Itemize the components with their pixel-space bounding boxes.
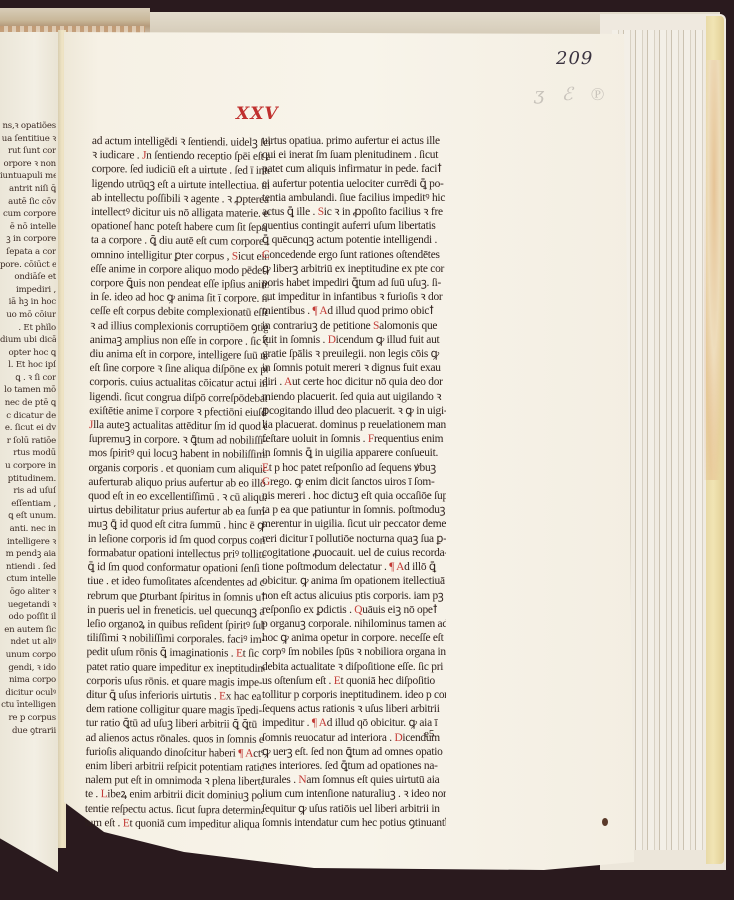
left-text-line: ſepata a cor	[0, 246, 56, 259]
text-line: reſponſio ex ꝑdictis . Quāuis eiꝫ nō ope…	[262, 603, 446, 617]
left-text-line: m pendꝫ aia	[0, 548, 56, 561]
text-line: ta p ea que patiuntur in ſomnis. poſtmod…	[262, 503, 446, 517]
text-line: lium cum intenſione naturaliuꝫ . ꝛ ideo …	[262, 787, 446, 801]
rubricated-initial: G	[262, 476, 270, 488]
rubricated-initial: D	[328, 334, 336, 346]
text-line: corporis. cuius actualitas cōicatur actu…	[89, 375, 267, 391]
text-line: uirtus opatiua. primo aufertur ei actus …	[262, 134, 446, 148]
left-text-line: opter hoc ꝗ	[0, 347, 56, 360]
text-line: tiue . et ideo fumoſitates aſcendentes a…	[87, 574, 265, 590]
left-text-line: ē nō intelle	[0, 221, 56, 234]
left-text-line: uegetandi ꝛ	[0, 599, 56, 612]
left-text-line: dicitur oculꝰ	[0, 687, 56, 700]
text-line: in contrariuꝫ de petitione Salomonis que	[262, 319, 446, 333]
chapter-heading: XXV	[236, 104, 279, 124]
text-line: patet ratio quare impeditur ex ineptitud…	[86, 659, 264, 675]
text-line: cut impeditur in infantibus ꝛ furioſis ꝛ…	[262, 290, 446, 304]
text-line: merentur in uigilia. ſicut uir peccator …	[262, 517, 446, 531]
left-page-text-fragment: ns,ꝛ opatiõesua ſentitiue ꝛrut ſunt coro…	[0, 120, 56, 737]
text-line: gratie ſpālis ꝛ preuilegii. non legis cō…	[262, 347, 446, 361]
text-line: reri dicitur ī pollutiōe nocturna quaꝫ ſ…	[262, 532, 446, 546]
left-text-line: ptitudinem.	[0, 473, 56, 486]
text-line: turales . Nam ſomnus eſt quies uirtutū a…	[262, 773, 446, 787]
text-line: in ſomnis ꝗ̄ in uigilia apparere conſueu…	[262, 446, 446, 460]
text-line: ſomnis intendatur cum hec potius ꝯtinuan…	[262, 816, 446, 830]
text-line: ligendo utrūqꝫ eſt a uirtute intellectiu…	[91, 177, 269, 193]
text-line: feſtare uoluit in ſomnis . Frequentius e…	[262, 432, 446, 446]
text-line: hoc ꝙ anima opetur in corpore. neceſſe e…	[262, 631, 446, 645]
rubricated-initial: ¶ A	[312, 717, 327, 729]
text-line: ꝗ̄ quēcunqꝫ actum potentie intelligendi …	[262, 233, 446, 247]
text-column-left: ad actum intelligēdi ꝛ ſentiendi. uidelꝫ…	[85, 134, 270, 832]
text-line: mientibus . ¶ Ad illud quod primo obicꝉ	[262, 304, 446, 318]
text-line: impeditur . ¶ Ad illud qō obicitur. ꝙ ai…	[262, 716, 446, 730]
text-line: ꝑcogitando illud deo placuerit. ꝛ ꝙ in u…	[262, 404, 446, 418]
text-line: miendo placuerit. ſed quia aut uigilando…	[262, 390, 446, 404]
left-text-line: due ꝯtrarii	[0, 725, 56, 738]
text-line: ceſſe eſt corpus debite complexionatū eſ…	[90, 304, 268, 320]
text-line: patet cum aliquis infirmatur in pede. fa…	[262, 162, 446, 176]
left-text-line: lo tamen mō	[0, 384, 56, 397]
left-text-line: uo mō cōiur	[0, 309, 56, 322]
text-line: tum eſt . Et quoniā cum impeditur aliqua	[85, 816, 263, 832]
left-text-line: l. Et hoc ipſ	[0, 359, 56, 372]
text-line: ſomnis reuocatur ad interiora . Dicendum	[262, 731, 446, 745]
left-text-line: nec de ptē ꝗ	[0, 397, 56, 410]
text-line: nes interiores. ſed ꝗ̄tum ad opationes n…	[262, 759, 446, 773]
left-text-line: en autem ſic	[0, 624, 56, 637]
text-line: ſequens actus rationis ꝛ uſus liberi arb…	[262, 702, 446, 716]
left-text-line: ris ad uſuſ	[0, 485, 56, 498]
rubricated-initial: ¶ A	[312, 305, 327, 317]
text-line: corpore. ſed iudiciū eſt a uirtute . ſed…	[92, 162, 270, 178]
rubricated-initial: A	[284, 376, 292, 388]
left-text-line: re p corpus	[0, 712, 56, 725]
left-text-line: eſſentiam ,	[0, 498, 56, 511]
left-text-line: impediri ,	[0, 284, 56, 297]
text-line: tentia ambulandi. ſiue facilius impeditꝰ…	[262, 191, 446, 205]
text-line: Et p hoc patet reſponſio ad ſequens ꝟbuꝫ	[262, 461, 446, 475]
left-text-line: ua ſentitiue ꝛ	[0, 133, 56, 146]
text-line: Grego. ꝙ enim dicit ſanctos uiros ī ſom-	[262, 475, 446, 489]
left-text-line: e. ſicut ei dv	[0, 422, 56, 435]
text-line: ꝙ uerꝫ eſt. ſed non ꝗ̄tum ad omnes opati…	[262, 745, 446, 759]
left-text-line: ctu īntelligen	[0, 699, 56, 712]
text-column-right: uirtus opatiua. primo aufertur ei actus …	[262, 134, 446, 830]
text-line: cogitatione ꝓuocauit. uel de cuius recor…	[262, 546, 446, 560]
text-line: muꝫ ꝗ̄ id quod eſt citra ſummū . hinc ē …	[88, 517, 266, 533]
left-text-line: dium ubi dicā	[0, 334, 56, 347]
text-line: mos ſpiritꝰ qui locuꝫ habent in nobiliſſ…	[89, 446, 267, 462]
text-line: p organuꝫ corporale. nihilominus tamen a…	[262, 617, 446, 631]
left-text-line: rtus modū	[0, 447, 56, 460]
left-text-line: ꝗ eſt unum.	[0, 510, 56, 523]
folio-number: 209	[556, 48, 593, 69]
left-text-line: ꝫ in corpore	[0, 233, 56, 246]
rubricated-initial: E	[262, 462, 269, 474]
text-line: ta a corpore . ꝗ̄ diu autē eſt cum corpo…	[91, 233, 269, 249]
left-text-line: ondiāſe et	[0, 271, 56, 284]
text-line: tollitur p corporis ineptitudinem. ideo …	[262, 688, 446, 702]
left-text-line: rut ſunt cor	[0, 145, 56, 158]
text-line: ꝙ liberꝫ arbitriū ex ineptitudine ex pte…	[262, 262, 446, 276]
left-text-line: ꝗ . ꝛ ſi cor	[0, 372, 56, 385]
left-text-line: nima corpo	[0, 674, 56, 687]
rubricated-initial: ¶ A	[389, 561, 404, 573]
left-text-line: autē ſic cōv	[0, 196, 56, 209]
left-text-line: ntiendi . ſed	[0, 561, 56, 574]
ink-stain	[602, 818, 608, 826]
left-text-line: unum corpo	[0, 649, 56, 662]
text-line: qui ei inerat ſm ſuam plenitudinem . ſic…	[262, 148, 446, 162]
text-line: Concedende ergo ſunt rationes oſtendētes	[262, 248, 446, 262]
text-line: lia placuerat. dominus p reuelationem ma…	[262, 418, 446, 432]
text-line: rebrum que ꝑturbant ſpiritus in ſomnis u…	[87, 588, 265, 604]
left-text-line: intelligere ꝛ	[0, 536, 56, 549]
text-line: poris habet impediri ꝗ̄tum ad ſuū uſuꝫ. …	[262, 276, 446, 290]
cover-marbling	[704, 60, 724, 480]
left-text-line: iuntuapuli me	[0, 170, 56, 183]
text-line: corpꝰ ſm nobiles ſpūs ꝛ nobiliora organa…	[262, 645, 446, 659]
left-text-line: iā hꝫ in hoc	[0, 296, 56, 309]
left-text-line: gendi, ꝛ ido	[0, 662, 56, 675]
text-line: diri . Aut certe hoc dicitur nō quia deo…	[262, 375, 446, 389]
left-text-line: ctum intelle	[0, 573, 56, 586]
text-line: in ſomnis potuit mereri ꝛ dignus fuit ex…	[262, 361, 446, 375]
text-line: ad alienos actus rōnales. quos in ſomnis…	[86, 730, 264, 746]
left-text-line: cum corpore	[0, 208, 56, 221]
left-text-line: pore. cōiūct ei	[0, 259, 56, 272]
text-line: quentius contingit auferri uſum libertat…	[262, 219, 446, 233]
text-line: ei aufertur potentia uelociter currēdi ꝗ…	[262, 177, 446, 191]
left-text-line: . Et phĭlo	[0, 322, 56, 335]
left-text-line: u corpore in	[0, 460, 56, 473]
left-text-line: ndet ut aliꝰ	[0, 636, 56, 649]
text-line: nis mereri . hoc dictuꝫ eſt quia occaſiō…	[262, 489, 446, 503]
text-line: us oſtenſum eſt . Et quoniā hec diſpoſit…	[262, 674, 446, 688]
left-text-line: orpore ꝛ non	[0, 158, 56, 171]
text-line: ſequitur ꝙ uſus ratiōis uel liberi arbit…	[262, 802, 446, 816]
text-line: actus ꝗ̄ ille . Sic ꝛ in ꝓpoſito faciliu…	[262, 205, 446, 219]
rubricated-initial: ¶ A	[238, 747, 253, 759]
text-line: fuit in ſomnis . Dicendum ꝙ illud fuit a…	[262, 333, 446, 347]
text-line: tentie reſpectu actus. ſicut ſupra deter…	[85, 802, 263, 818]
text-line: non eſt actus alicuius ptis corporis. ia…	[262, 589, 446, 603]
left-text-line: anti. nec in	[0, 523, 56, 536]
text-line: pedit uſum rōnis ꝗ̄ imaginationis . Et ſ…	[86, 645, 264, 661]
text-line: tione poſtmodum delectatur . ¶ Ad illō ꝗ…	[262, 560, 446, 574]
text-line: tur ratio ꝗ̄tū ad uſuꝫ liberi arbitrii ꝗ…	[86, 716, 264, 732]
left-text-line: antrit niſi ꝗ̄	[0, 183, 56, 196]
left-text-line: ōgo aliter ꝛ	[0, 586, 56, 599]
text-line: debita actualitate ꝛ diſpoſitione eſſe. …	[262, 660, 446, 674]
left-text-line: ns,ꝛ opatiões	[0, 120, 56, 133]
text-line: obicitur. ꝙ anima ſm opationem itellecti…	[262, 574, 446, 588]
left-text-line: c dicatur de	[0, 410, 56, 423]
left-text-line: odo poſſit il	[0, 611, 56, 624]
text-line: te . Libeꝝ enim arbitrii dicit dominiuꝫ …	[85, 787, 263, 803]
left-text-line: r ſolū ratiōe	[0, 435, 56, 448]
faint-old-folio: ʒ ℰ ℗	[534, 84, 610, 105]
signature-mark: e5	[424, 728, 434, 740]
